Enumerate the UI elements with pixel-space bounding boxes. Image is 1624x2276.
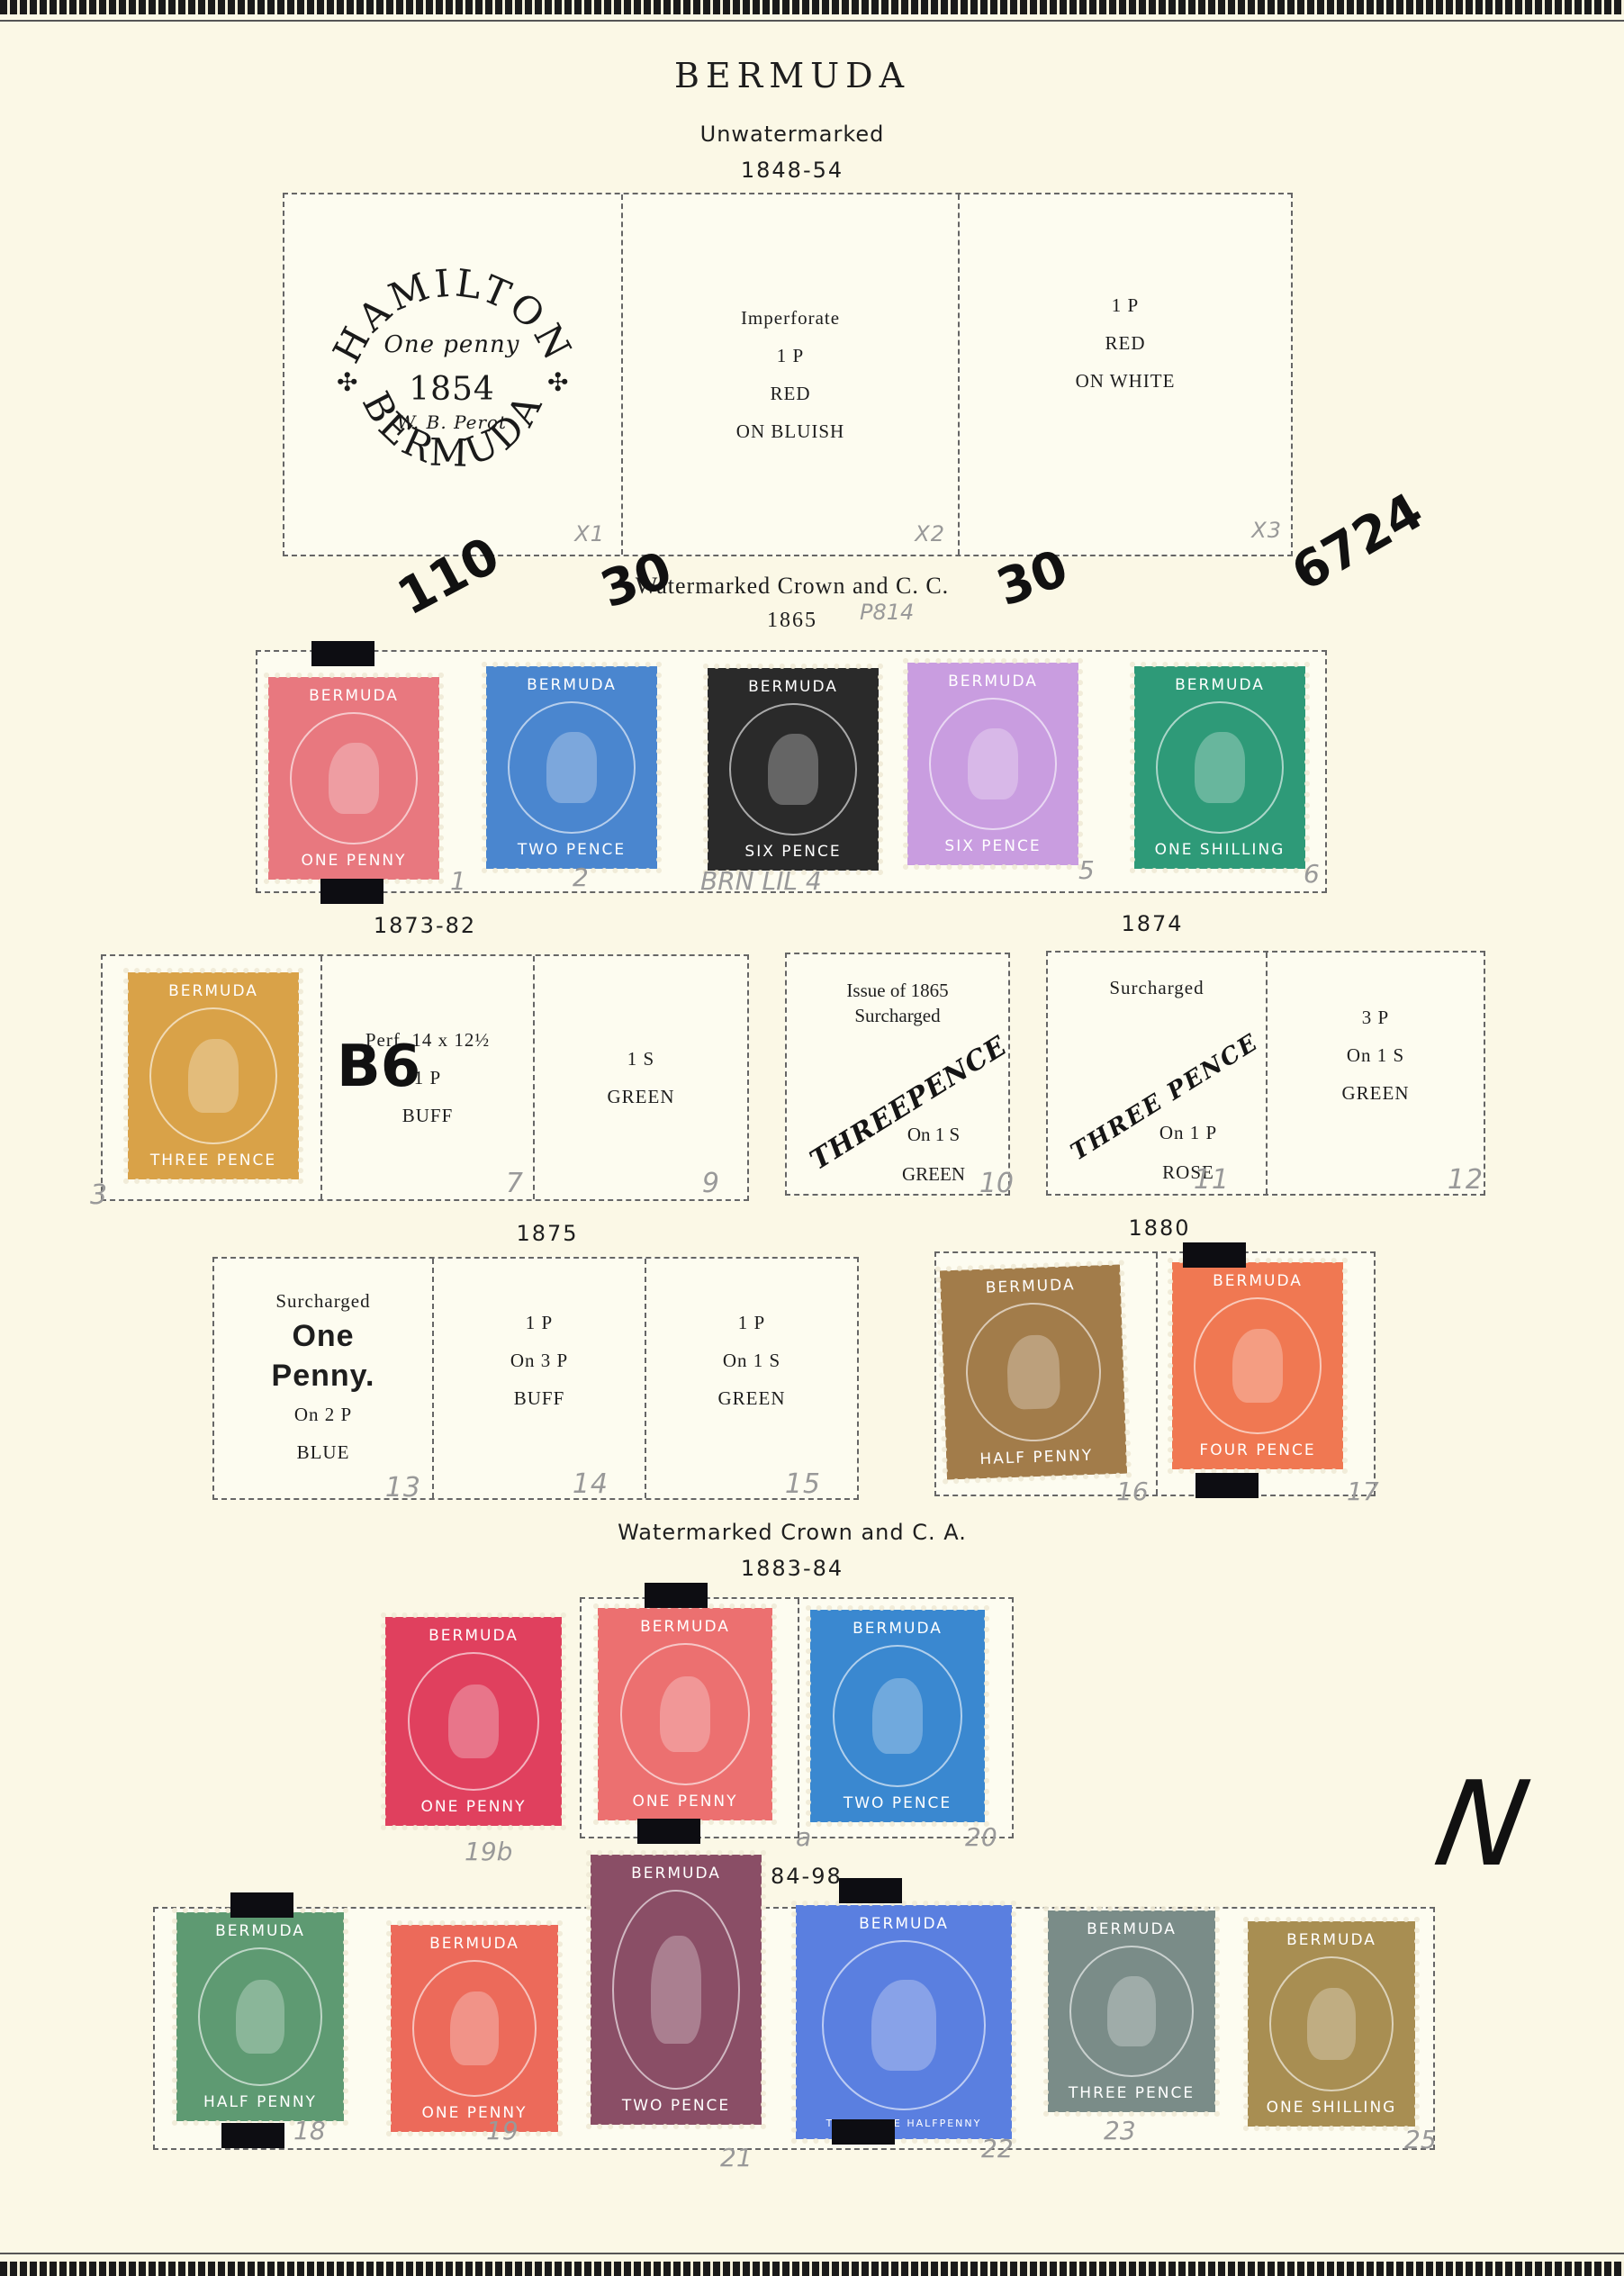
- stamp-hinge-mount: [311, 641, 374, 666]
- pencil-number: 1: [450, 866, 466, 896]
- stamp-two-pence[interactable]: BERMUDATWO PENCE: [591, 1855, 762, 2125]
- cell-line: 1 P: [1112, 286, 1139, 324]
- stamp-value-label: ONE PENNY: [393, 1796, 554, 1818]
- stamp-hinge-mount: [1183, 1242, 1246, 1268]
- cell-line: GREEN: [718, 1379, 786, 1417]
- space-threepence-on-1s[interactable]: Issue of 1865 Surcharged THREEPENCE On 1…: [785, 953, 1010, 1196]
- year-1874: 1874: [1062, 911, 1242, 936]
- stamp-country-label: BERMUDA: [1056, 1919, 1207, 1940]
- stamp-two-pence[interactable]: BERMUDATWO PENCE: [486, 666, 657, 869]
- cell-line: BLUE: [297, 1433, 350, 1471]
- cell-line: 1 P: [777, 337, 804, 375]
- pencil-number: 14: [573, 1466, 609, 1504]
- pencil-number: X3: [1251, 511, 1282, 549]
- cell-line: BUFF: [402, 1097, 454, 1134]
- section-header-crown-ca: Watermarked Crown and C. A.: [540, 1520, 1044, 1545]
- pencil-note-1865: P814: [860, 600, 914, 625]
- stamp-country-label: BERMUDA: [393, 1625, 554, 1647]
- queen-victoria-portrait-icon: [408, 1652, 539, 1791]
- stamp-country-label: BERMUDA: [185, 1920, 336, 1942]
- stamp-country-label: BERMUDA: [818, 1618, 977, 1639]
- pencil-number: 17: [1347, 1477, 1379, 1506]
- stamp-country-label: BERMUDA: [136, 980, 291, 1002]
- svg-text:✣: ✣: [337, 367, 358, 397]
- space-1p-red-white[interactable]: 1 P RED ON WHITE X3: [958, 194, 1291, 555]
- stamp-one-penny[interactable]: BERMUDAONE PENNY: [268, 677, 439, 880]
- pencil-number: 19b: [465, 1837, 512, 1866]
- queen-victoria-portrait-icon: [149, 1007, 277, 1144]
- stamp-country-label: BERMUDA: [916, 671, 1070, 692]
- cell-line: 1 P: [526, 1304, 553, 1341]
- cell-line: GREEN: [1342, 1074, 1410, 1112]
- stamp-four-pence[interactable]: BERMUDAFOUR PENCE: [1172, 1262, 1343, 1469]
- stamp-one-shilling[interactable]: BERMUDAONE SHILLING: [1248, 1921, 1415, 2127]
- stamp-country-label: BERMUDA: [804, 1913, 1004, 1935]
- cell-line: ROSE: [1111, 1152, 1266, 1192]
- queen-victoria-portrait-icon: [833, 1645, 963, 1787]
- space-group-1884: [153, 1907, 1435, 2150]
- pencil-number: 10: [979, 1168, 1014, 1199]
- year-1875: 1875: [457, 1221, 637, 1246]
- cell-line: On 1 P: [1111, 1113, 1266, 1152]
- album-border-bottom: [0, 2262, 1624, 2276]
- stamp-six-pence[interactable]: BERMUDASIX PENCE: [708, 668, 879, 871]
- svg-text:One penny: One penny: [384, 331, 520, 358]
- cell-line: On 1 S: [723, 1341, 780, 1379]
- stamp-three-pence[interactable]: BERMUDATHREE PENCE: [1048, 1910, 1215, 2112]
- stamp-hinge-mount: [221, 2123, 284, 2148]
- stamp-one-penny[interactable]: BERMUDAONE PENNY: [385, 1617, 562, 1826]
- space-1s-green[interactable]: 1 S GREEN 9: [533, 956, 747, 1199]
- stamp-value-label: ONE PENNY: [276, 850, 431, 872]
- ink-mark-price: B6: [337, 1034, 420, 1100]
- stamp-half-penny[interactable]: BERMUDAHALF PENNY: [940, 1265, 1127, 1480]
- stamp-value-label: HALF PENNY: [954, 1444, 1119, 1471]
- bottom-rule: [0, 2253, 1624, 2254]
- pencil-number: 15: [785, 1466, 821, 1504]
- ink-mark-check: N: [1427, 1756, 1538, 1892]
- queen-victoria-portrait-icon: [929, 698, 1057, 830]
- stamp-hinge-mount: [839, 1878, 902, 1903]
- pencil-number: X2: [915, 515, 945, 553]
- stamp-country-label: BERMUDA: [606, 1616, 764, 1638]
- stamp-value-label: ONE SHILLING: [1256, 2097, 1407, 2118]
- space-one-penny-on-2p[interactable]: Surcharged One Penny. On 2 P BLUE 13: [214, 1259, 432, 1498]
- pencil-number: 11: [1194, 1161, 1230, 1199]
- pencil-number-3p: 3: [90, 1179, 107, 1211]
- stamp-hinge-mount: [832, 2119, 895, 2145]
- stamp-value-label: FOUR PENCE: [1180, 1440, 1335, 1461]
- pencil-number: 25: [1404, 2125, 1437, 2154]
- stamp-hinge-mount: [320, 879, 383, 904]
- stamp-value-label: ONE PENNY: [606, 1791, 764, 1812]
- pencil-number: 22: [981, 2134, 1014, 2163]
- ink-mark-price: 6724: [1282, 482, 1432, 602]
- stamp-value-label: TWO PENCE: [494, 839, 649, 861]
- cell-line: Issue of 1865: [787, 978, 1008, 1003]
- stamp-six-pence[interactable]: BERMUDASIX PENCE: [907, 663, 1078, 865]
- stamp-value-label: THREE PENCE: [136, 1150, 291, 1171]
- cell-line: ON WHITE: [1076, 362, 1176, 400]
- cell-line: On 1 S: [859, 1115, 1008, 1154]
- queen-victoria-portrait-icon: [412, 1960, 537, 2097]
- stamp-value-label: HALF PENNY: [185, 2091, 336, 2113]
- stamp-country-label: BERMUDA: [1142, 674, 1297, 696]
- stamp-hinge-mount: [637, 1819, 700, 1844]
- cell-line: ON BLUISH: [736, 412, 844, 450]
- svg-text:1854: 1854: [409, 371, 495, 408]
- space-1p-on-3p[interactable]: 1 P On 3 P BUFF 14: [432, 1259, 645, 1498]
- cell-line: Surcharged: [1048, 969, 1266, 1007]
- stamp-value-label: TWO PENCE: [818, 1793, 977, 1814]
- pencil-number: 18: [293, 2116, 326, 2145]
- queen-victoria-portrait-icon: [620, 1643, 751, 1785]
- space-1p-on-1s[interactable]: 1 P On 1 S GREEN 15: [645, 1259, 857, 1498]
- stamp-value-label: TWO PENCE: [599, 2095, 753, 2117]
- section-header-unwatermarked: Unwatermarked: [576, 122, 1008, 147]
- stamp-country-label: BERMUDA: [1180, 1270, 1335, 1292]
- year-1873: 1873-82: [335, 913, 515, 938]
- cell-line: 1 S: [627, 1040, 654, 1078]
- space-group-1875: Surcharged One Penny. On 2 P BLUE 13 1 P…: [212, 1257, 859, 1500]
- queen-victoria-portrait-icon: [1156, 701, 1284, 834]
- cell-line: RED: [1105, 324, 1146, 362]
- pencil-number: 13: [385, 1473, 421, 1504]
- stamp-country-label: BERMUDA: [494, 674, 649, 696]
- cell-line: Surcharged: [787, 1003, 1008, 1028]
- stamp-half-penny[interactable]: BERMUDAHALF PENNY: [176, 1912, 344, 2121]
- stamp-one-penny[interactable]: BERMUDAONE PENNY: [598, 1608, 772, 1820]
- pencil-number: 9: [702, 1165, 720, 1203]
- pencil-number: 12: [1448, 1161, 1484, 1199]
- queen-victoria-portrait-icon: [508, 701, 636, 834]
- stamp-value-label: ONE SHILLING: [1142, 839, 1297, 861]
- queen-victoria-portrait-icon: [198, 1947, 322, 2086]
- stamp-three-pence[interactable]: BERMUDATHREE PENCE: [128, 972, 299, 1179]
- stamp-one-penny[interactable]: BERMUDAONE PENNY: [391, 1925, 558, 2132]
- cell-line: On 3 P: [510, 1341, 568, 1379]
- queen-victoria-portrait-icon: [822, 1940, 986, 2110]
- pencil-number: 23: [1104, 2116, 1136, 2145]
- pencil-number: 5: [1078, 855, 1095, 885]
- cell-line: RED: [771, 375, 811, 412]
- stamp-country-label: BERMUDA: [599, 1863, 753, 1884]
- cell-line: 1 P: [738, 1304, 765, 1341]
- pencil-number: 7: [506, 1165, 524, 1203]
- space-three-pence-on-1p[interactable]: Surcharged THREE PENCE On 1 P ROSE 11: [1048, 953, 1266, 1194]
- queen-victoria-portrait-icon: [1069, 1946, 1194, 2077]
- stamp-hinge-mount: [1195, 1473, 1259, 1498]
- stamp-country-label: BERMUDA: [1256, 1929, 1407, 1951]
- stamp-hinge-mount: [645, 1583, 708, 1608]
- year-1848: 1848-54: [576, 158, 1008, 183]
- space-group-1848: HAMILTON BERMUDA One penny 1854 W. B. Pe…: [283, 193, 1293, 556]
- stamp-two-pence[interactable]: BERMUDATWO PENCE: [810, 1610, 985, 1822]
- cell-line: On 1 S: [1347, 1036, 1404, 1074]
- pencil-number: 16: [1116, 1477, 1149, 1506]
- stamp-country-label: BERMUDA: [716, 676, 871, 698]
- stamp-country-label: BERMUDA: [399, 1933, 550, 1955]
- stamp-value-label: SIX PENCE: [716, 841, 871, 863]
- queen-victoria-portrait-icon: [612, 1890, 740, 2090]
- stamp-country-label: BERMUDA: [276, 685, 431, 707]
- svg-text:W. B. Perot: W. B. Perot: [397, 411, 507, 433]
- queen-victoria-portrait-icon: [290, 712, 418, 844]
- queen-victoria-portrait-icon: [729, 703, 857, 835]
- pencil-number: 2: [573, 863, 589, 892]
- stamp-two-pence-halfpenny[interactable]: BERMUDATWO PENCE HALFPENNY: [796, 1905, 1012, 2139]
- surcharge-one: One: [292, 1316, 354, 1356]
- hamilton-seal-illustration: HAMILTON BERMUDA One penny 1854 W. B. Pe…: [317, 239, 587, 510]
- cell-line: 3 P: [1362, 998, 1389, 1036]
- space-postmaster-provisional[interactable]: HAMILTON BERMUDA One penny 1854 W. B. Pe…: [284, 194, 621, 555]
- pencil-number: 21: [720, 2143, 753, 2172]
- cell-line: BUFF: [514, 1379, 565, 1417]
- pencil-number: 19: [486, 2116, 519, 2145]
- queen-victoria-portrait-icon: [1269, 1956, 1394, 2091]
- year-1883: 1883-84: [702, 1556, 882, 1581]
- pencil-number: BRN LIL 4: [700, 866, 822, 896]
- top-rule: [0, 20, 1624, 22]
- space-3p-on-1s[interactable]: 3 P On 1 S GREEN 12: [1266, 953, 1484, 1194]
- space-group-1874b: Surcharged THREE PENCE On 1 P ROSE 11 3 …: [1046, 951, 1485, 1196]
- stamp-value-label: ONE PENNY: [399, 2102, 550, 2124]
- stamp-one-shilling[interactable]: BERMUDAONE SHILLING: [1134, 666, 1305, 869]
- album-border-top: [0, 0, 1624, 14]
- queen-victoria-portrait-icon: [964, 1300, 1104, 1443]
- queen-victoria-portrait-icon: [1194, 1297, 1322, 1434]
- space-1p-red-bluish[interactable]: Imperforate 1 P RED ON BLUISH X2: [621, 194, 958, 555]
- stamp-country-label: BERMUDA: [948, 1273, 1113, 1300]
- stamp-hinge-mount: [230, 1892, 293, 1918]
- cell-line: Imperforate: [741, 299, 840, 337]
- surcharge-penny: Penny.: [272, 1356, 375, 1395]
- cell-line: On 2 P: [294, 1395, 352, 1433]
- pencil-number: a: [796, 1822, 811, 1852]
- pencil-number: X1: [574, 515, 605, 553]
- svg-text:✣: ✣: [547, 367, 569, 397]
- year-1865: 1865: [702, 609, 882, 633]
- page-title: BERMUDA: [576, 56, 1008, 95]
- cell-line: GREEN: [608, 1078, 675, 1115]
- stamp-value-label: THREE PENCE: [1056, 2082, 1207, 2104]
- pencil-number: 20: [965, 1822, 997, 1852]
- stamp-value-label: SIX PENCE: [916, 835, 1070, 857]
- seal-circle-icon: HAMILTON BERMUDA One penny 1854 W. B. Pe…: [317, 239, 587, 510]
- pencil-number: 6: [1304, 859, 1320, 889]
- cell-line: Surcharged: [275, 1286, 370, 1316]
- year-1880: 1880: [1069, 1215, 1250, 1241]
